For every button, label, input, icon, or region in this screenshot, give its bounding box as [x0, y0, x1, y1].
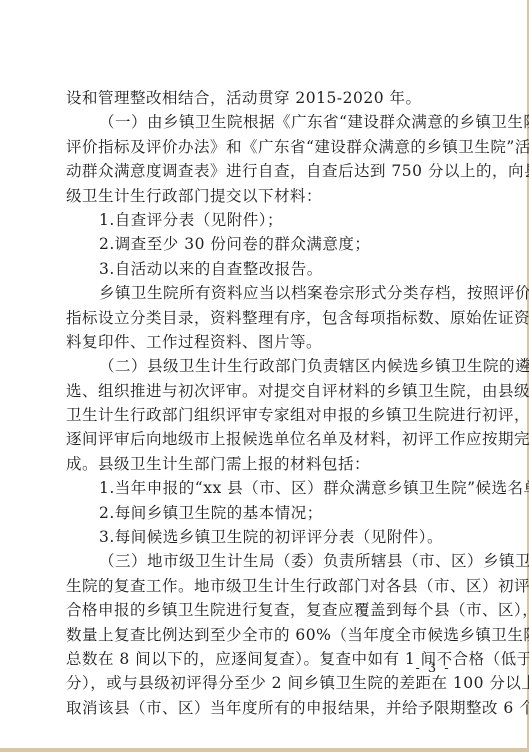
text-line: （一）由乡镇卫生院根据《广东省“建设群众满意的乡镇卫生院”: [66, 110, 463, 134]
page-number: - 3 -: [408, 661, 458, 676]
text-line: 逐间评审后向地级市上报候选单位名单及材料，初评工作应按期完: [66, 427, 463, 451]
text-line: 级卫生计生行政部门提交以下材料：: [66, 184, 463, 208]
text-line: 生院的复查工作。地市级卫生计生行政部门对各县（市、区）初评: [66, 574, 463, 598]
text-line: 选、组织推进与初次评审。对提交自评材料的乡镇卫生院，由县级: [66, 379, 463, 403]
text-line: 动群众满意度调查表》进行自查，自查后达到 750 分以上的，向县: [66, 159, 463, 183]
document-body: 设和管理整改相结合，活动贯穿 2015-2020 年。（一）由乡镇卫生院根据《广…: [66, 86, 463, 720]
text-line: 2.每间乡镇卫生院的基本情况；: [66, 501, 463, 525]
text-line: 评价指标及评价办法》和《广东省“建设群众满意的乡镇卫生院”活: [66, 135, 463, 159]
text-line: （二）县级卫生计生行政部门负责辖区内候选乡镇卫生院的遴: [66, 354, 463, 378]
text-line: 卫生计生行政部门组织评审专家组对申报的乡镇卫生院进行初评，: [66, 403, 463, 427]
text-line: 3.自活动以来的自查整改报告。: [66, 257, 463, 281]
text-line: （三）地市级卫生计生局（委）负责所辖县（市、区）乡镇卫: [66, 549, 463, 573]
text-line: 数量上复查比例达到至少全市的 60%（当年度全市候选乡镇卫生院: [66, 623, 463, 647]
text-line: 1.自查评分表（见附件）；: [66, 208, 463, 232]
text-line: 合格申报的乡镇卫生院进行复查，复查应覆盖到每个县（市、区），: [66, 598, 463, 622]
text-line: 乡镇卫生院所有资料应当以档案卷宗形式分类存档，按照评价: [66, 281, 463, 305]
text-line: 总数在 8 间以下的，应逐间复查）。复查中如有 1 间不合格（低于 750: [66, 647, 463, 671]
text-line: 取消该县（市、区）当年度所有的申报结果，并给予限期整改 6 个月: [66, 696, 463, 720]
document-page: 设和管理整改相结合，活动贯穿 2015-2020 年。（一）由乡镇卫生院根据《广…: [0, 0, 527, 748]
text-line: 2.调查至少 30 份问卷的群众满意度；: [66, 232, 463, 256]
text-line: 成。县级卫生计生部门需上报的材料包括：: [66, 452, 463, 476]
text-line: 3.每间候选乡镇卫生院的初评评分表（见附件）。: [66, 525, 463, 549]
text-line: 设和管理整改相结合，活动贯穿 2015-2020 年。: [66, 86, 463, 110]
text-line: 指标设立分类目录，资料整理有序，包含每项指标数、原始佐证资: [66, 306, 463, 330]
text-line: 料复印件、工作过程资料、图片等。: [66, 330, 463, 354]
text-line: 1.当年申报的“xx 县（市、区）群众满意乡镇卫生院”候选名单；: [66, 476, 463, 500]
text-line: 分），或与县级初评得分至少 2 间乡镇卫生院的差距在 100 分以上的，: [66, 671, 463, 695]
